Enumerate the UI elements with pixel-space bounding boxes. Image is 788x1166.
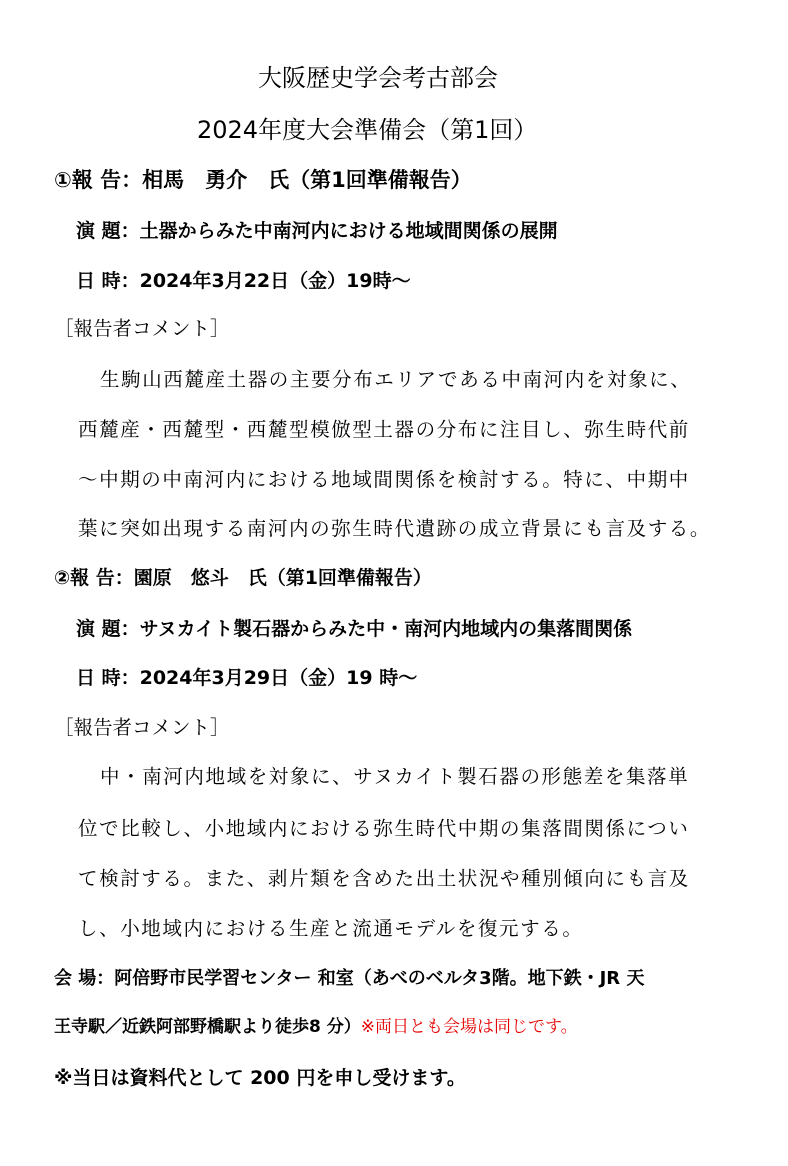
report-2-datetime: 日 時：2024年3月29日（金）19 時〜 [76, 669, 417, 688]
report-1-comment-line: 〜中期の中南河内における地域間関係を検討する。特に、中期中 [78, 470, 690, 490]
report-1-comment-line: 葉に突如出現する南河内の弥生時代遺跡の成立背景にも言及する。 [78, 519, 711, 539]
fee-notice: ※当日は資料代として 200 円を申し受けます。 [54, 1069, 466, 1088]
report-1-comment-line: 西麓産・西麓型・西麓型模倣型土器の分布に注目し、弥生時代前 [78, 420, 690, 440]
venue-note: ※両日とも会場は同じです。 [361, 1017, 578, 1037]
report-2-comment-label: ［報告者コメント］ [54, 718, 230, 738]
report-2-comment-line: 位で比較し、小地域内における弥生時代中期の集落間関係につい [78, 819, 690, 839]
report-1-heading: ①報 告：相馬 勇介 氏（第1回準備報告） [54, 170, 472, 191]
venue-line-2: 王寺駅／近鉄阿部野橋駅より徒歩8 分）※両日とも会場は同じです。 [54, 1019, 578, 1036]
venue-line-1: 会 場：阿倍野市民学習センター 和室（あべのベルタ3階。地下鉄・JR 天 [54, 970, 644, 988]
org-title: 大阪歴史学会考古部会 [258, 66, 498, 90]
report-1-comment-label: ［報告者コメント］ [54, 319, 230, 339]
report-1-datetime: 日 時：2024年3月22日（金）19時〜 [76, 272, 411, 291]
event-title: 2024年度大会準備会（第1回） [197, 118, 537, 142]
report-1-comment-line: 生駒山西麓産土器の主要分布エリアである中南河内を対象に、 [100, 370, 691, 390]
report-2-comment-line: 中・南河内地域を対象に、サヌカイト製石器の形態差を集落単 [100, 767, 689, 787]
report-2-comment-line: し、小地域内における生産と流通モデルを復元する。 [78, 919, 583, 939]
report-2-title: 演 題：サヌカイト製石器からみた中・南河内地域内の集落間関係 [76, 620, 632, 639]
report-2-heading: ②報 告：園原 悠斗 氏（第1回準備報告） [54, 569, 432, 588]
report-2-comment-line: て検討する。また、剥片類を含めた出土状況や種別傾向にも言及 [78, 869, 690, 889]
venue-access: 王寺駅／近鉄阿部野橋駅より徒歩8 分） [54, 1017, 361, 1037]
report-1-title: 演 題：土器からみた中南河内における地域間関係の展開 [76, 222, 558, 241]
